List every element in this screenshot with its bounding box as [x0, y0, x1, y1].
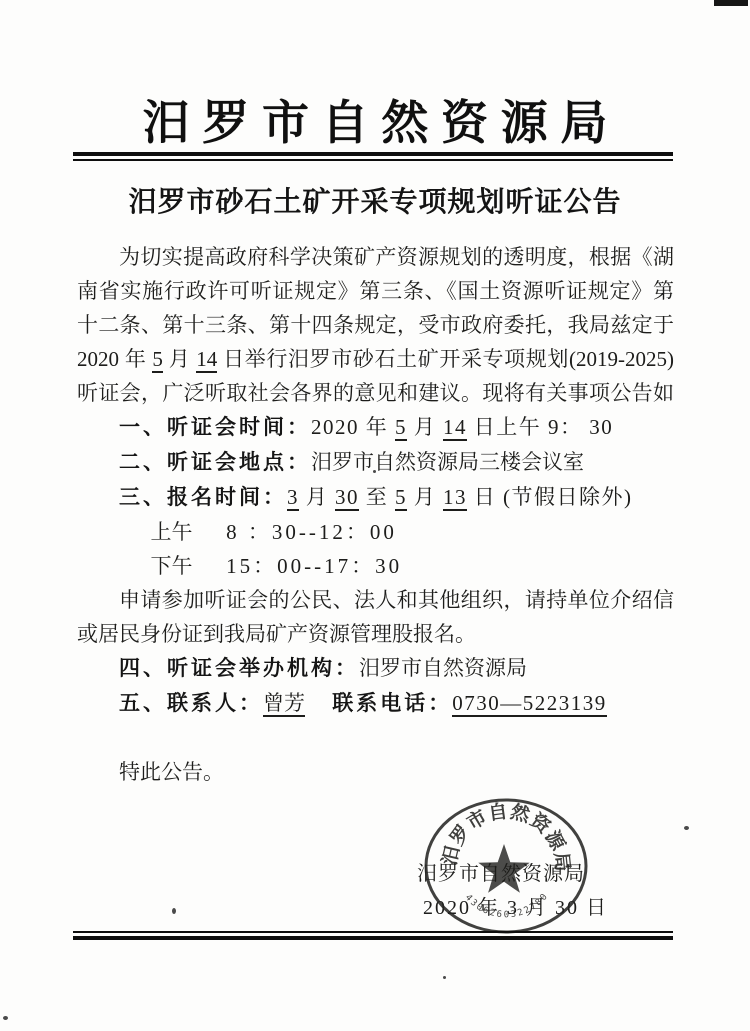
underlined-month: 5: [152, 347, 163, 373]
underlined-day: 14: [196, 347, 217, 373]
signup-month-2: 5: [395, 485, 407, 511]
scan-speck: [3, 1016, 8, 1020]
signup-month-1: 3: [287, 485, 299, 511]
contact-person-label: 五、联系人：: [119, 692, 263, 715]
scanned-announcement-page: 汨罗市自然资源局 汨罗市砂石土矿开采专项规划听证公告 为切实提高政府科学决策矿产…: [0, 0, 750, 1031]
hearing-place-value: 汨罗市自然资源局三楼会议室: [311, 450, 584, 474]
scan-speck: [684, 826, 689, 830]
header-double-rule: [73, 152, 673, 161]
item-organizer: 四、听证会举办机构：汨罗市自然资源局: [77, 651, 674, 686]
item-signup-time-label: 三、报名时间：: [119, 486, 287, 509]
signup-instructions-paragraph: 申请参加听证会的公民、法人和其他组织，请持单位介绍信或居民身份证到我局矿产资源管…: [77, 583, 674, 651]
scan-speck: [443, 976, 446, 979]
svg-text:4306260322780: 4306260322780: [463, 891, 551, 921]
contact-person-name: 曾芳: [263, 691, 305, 717]
closing-statement: 特此公告。: [77, 755, 674, 789]
hearing-day: 14: [443, 415, 467, 441]
agency-title: 汨罗市自然资源局: [0, 86, 750, 153]
document-body: 为切实提高政府科学决策矿产资源规划的透明度，根据《湖南省实施行政许可听证规定》第…: [77, 240, 674, 789]
scan-artifact-corner: [714, 0, 748, 6]
item-signup-time: 三、报名时间：3 月 30 至 5 月 13 日 (节假日除外): [77, 480, 674, 515]
morning-hours-line: 上午8 ：30--12：00: [77, 515, 674, 549]
seal-serial-number: 4306260322780: [463, 891, 551, 921]
item-organizer-label: 四、听证会举办机构：: [119, 657, 359, 680]
hearing-hour: 日上午 9： 30: [467, 415, 613, 439]
morning-label: 上午: [151, 520, 193, 544]
document-title: 汨罗市砂石土矿开采专项规划听证公告: [0, 180, 750, 220]
seal-star-icon: [478, 844, 529, 893]
organizer-value: 汨罗市自然资源局: [359, 656, 527, 680]
intro-paragraph: 为切实提高政府科学决策矿产资源规划的透明度，根据《湖南省实施行政许可听证规定》第…: [77, 240, 674, 410]
signup-sep-3: 月: [407, 485, 443, 509]
item-contact: 五、联系人：曾芳联系电话：0730—5223139: [77, 686, 674, 721]
item-hearing-time-label: 一、听证会时间：: [119, 416, 311, 439]
scan-speck: [172, 908, 176, 914]
footer-double-rule: [73, 931, 673, 940]
hearing-year: 2020 年: [311, 415, 395, 439]
signup-sep-2: 至: [359, 485, 395, 509]
official-seal: 汨罗市自然资源局 4306260322780: [420, 794, 592, 940]
morning-hours: 8 ：30--12：00: [226, 520, 397, 544]
intro-text-2: 月: [163, 347, 196, 371]
contact-phone-label: 联系电话：: [332, 692, 452, 715]
scan-speck: [373, 470, 376, 473]
contact-phone-number: 0730—5223139: [452, 691, 607, 717]
item-hearing-place: 二、听证会地点：汨罗市自然资源局三楼会议室: [77, 445, 674, 480]
signup-day-2: 13: [443, 485, 467, 511]
afternoon-label: 下午: [151, 554, 193, 578]
afternoon-hours: 15：00--17：30: [226, 554, 402, 578]
signup-note: 日 (节假日除外): [467, 485, 633, 509]
hearing-month-unit: 月: [407, 415, 443, 439]
hearing-month: 5: [395, 415, 407, 441]
signup-sep-1: 月: [299, 485, 335, 509]
signup-day-1: 30: [335, 485, 359, 511]
afternoon-hours-line: 下午15：00--17：30: [77, 549, 674, 583]
item-hearing-place-label: 二、听证会地点：: [119, 451, 311, 474]
item-hearing-time: 一、听证会时间：2020 年 5 月 14 日上午 9： 30: [77, 410, 674, 445]
